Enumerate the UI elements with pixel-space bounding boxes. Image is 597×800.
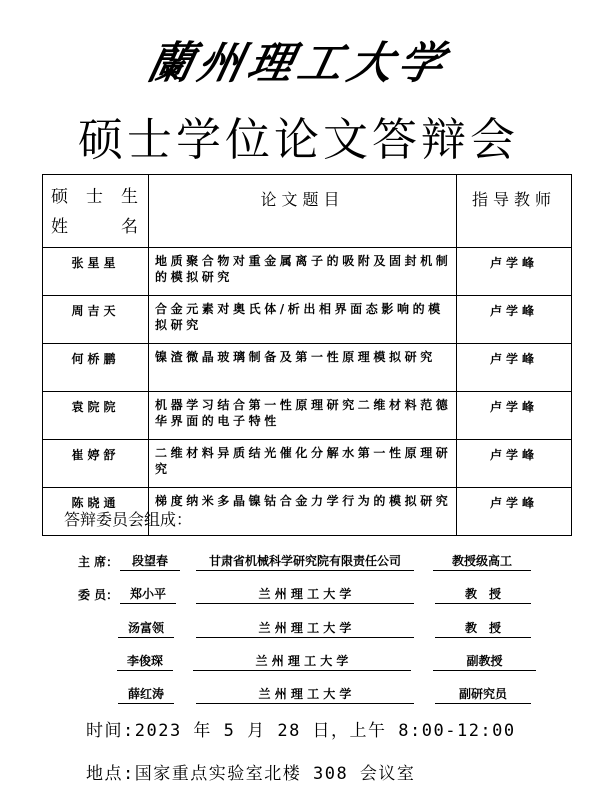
member-title: 教 授 [435,620,531,638]
header-thesis-topic: 论文题目 [149,175,457,248]
table-row: 崔婷舒 二维材料异质结光催化分解水第一性原理研究 卢学峰 [43,440,572,488]
advisor-name: 卢学峰 [457,296,572,344]
table-row: 袁院院 机器学习结合第一性原理研究二维材料范德华界面的电子特性 卢学峰 [43,392,572,440]
advisor-name: 卢学峰 [457,392,572,440]
member-name: 汤富领 [118,620,174,638]
student-name: 周吉天 [43,296,149,344]
header-char: 名 [121,215,138,239]
committee-member-row: 薛红涛 兰 州 理 工 大 学 副研究员 [0,686,597,706]
defense-schedule-table: 硕 士 生 姓 名 论文题目 指导教师 张星星 地质聚合物对重金属离子的吸附及固… [42,174,572,536]
header-student-name: 硕 士 生 姓 名 [43,175,149,248]
member-name: 段望春 [120,553,180,571]
member-title: 教 授 [435,586,531,604]
committee-heading: 答辩委员会组成： [64,507,192,533]
header-char: 生 [121,185,138,209]
member-name: 李俊琛 [117,653,173,671]
committee-member-row: 李俊琛 兰 州 理 工 大 学 副教授 [0,653,597,673]
table-row: 何桥鹏 镍渣微晶玻璃制备及第一性原理模拟研究 卢学峰 [43,344,572,392]
table-header-row: 硕 士 生 姓 名 论文题目 指导教师 [43,175,572,248]
advisor-name: 卢学峰 [457,440,572,488]
advisor-name: 卢学峰 [457,248,572,296]
event-location: 地点:国家重点实验室北楼 308 会议室 [86,759,415,784]
student-name: 何桥鹏 [43,344,149,392]
thesis-topic: 地质聚合物对重金属离子的吸附及固封机制的模拟研究 [149,248,457,296]
header-char: 士 [86,185,103,209]
event-time: 时间:2023 年 5 月 28 日，上午 8:00-12:00 [86,716,516,741]
thesis-topic: 二维材料异质结光催化分解水第一性原理研究 [149,440,457,488]
header-char: 硕 [51,185,68,209]
committee-member-row: 主 席： 段望春 甘肃省机械科学研究院有限责任公司 教授级高工 [0,553,597,573]
header-char: 姓 [51,215,68,239]
page-title: 硕士学位论文答辩会 [0,112,597,168]
header-advisor: 指导教师 [457,175,572,248]
thesis-topic: 机器学习结合第一性原理研究二维材料范德华界面的电子特性 [149,392,457,440]
member-role: 主 席： [78,553,118,570]
advisor-name: 卢学峰 [457,488,572,536]
member-role: 委 员： [78,586,118,603]
member-affiliation: 兰 州 理 工 大 学 [196,686,414,704]
member-affiliation: 兰 州 理 工 大 学 [196,620,414,638]
member-affiliation: 甘肃省机械科学研究院有限责任公司 [196,553,414,571]
student-name: 崔婷舒 [43,440,149,488]
member-title: 副研究员 [435,686,531,704]
table-row: 周吉天 合金元素对奥氏体/析出相界面态影响的模拟研究 卢学峰 [43,296,572,344]
advisor-name: 卢学峰 [457,344,572,392]
member-affiliation: 兰 州 理 工 大 学 [193,653,411,671]
student-name: 张星星 [43,248,149,296]
committee-member-row: 委 员： 郑小平 兰 州 理 工 大 学 教 授 [0,586,597,606]
member-name: 薛红涛 [118,686,174,704]
table-row: 张星星 地质聚合物对重金属离子的吸附及固封机制的模拟研究 卢学峰 [43,248,572,296]
member-title: 副教授 [433,653,536,671]
university-logo: 蘭州理工大学 [0,38,597,90]
committee-member-row: 汤富领 兰 州 理 工 大 学 教 授 [0,620,597,640]
thesis-topic: 镍渣微晶玻璃制备及第一性原理模拟研究 [149,344,457,392]
member-affiliation: 兰 州 理 工 大 学 [196,586,414,604]
student-name: 袁院院 [43,392,149,440]
member-title: 教授级高工 [433,553,531,571]
member-name: 郑小平 [120,586,176,604]
thesis-topic: 合金元素对奥氏体/析出相界面态影响的模拟研究 [149,296,457,344]
thesis-topic: 梯度纳米多晶镍钴合金力学行为的模拟研究 [149,488,457,536]
